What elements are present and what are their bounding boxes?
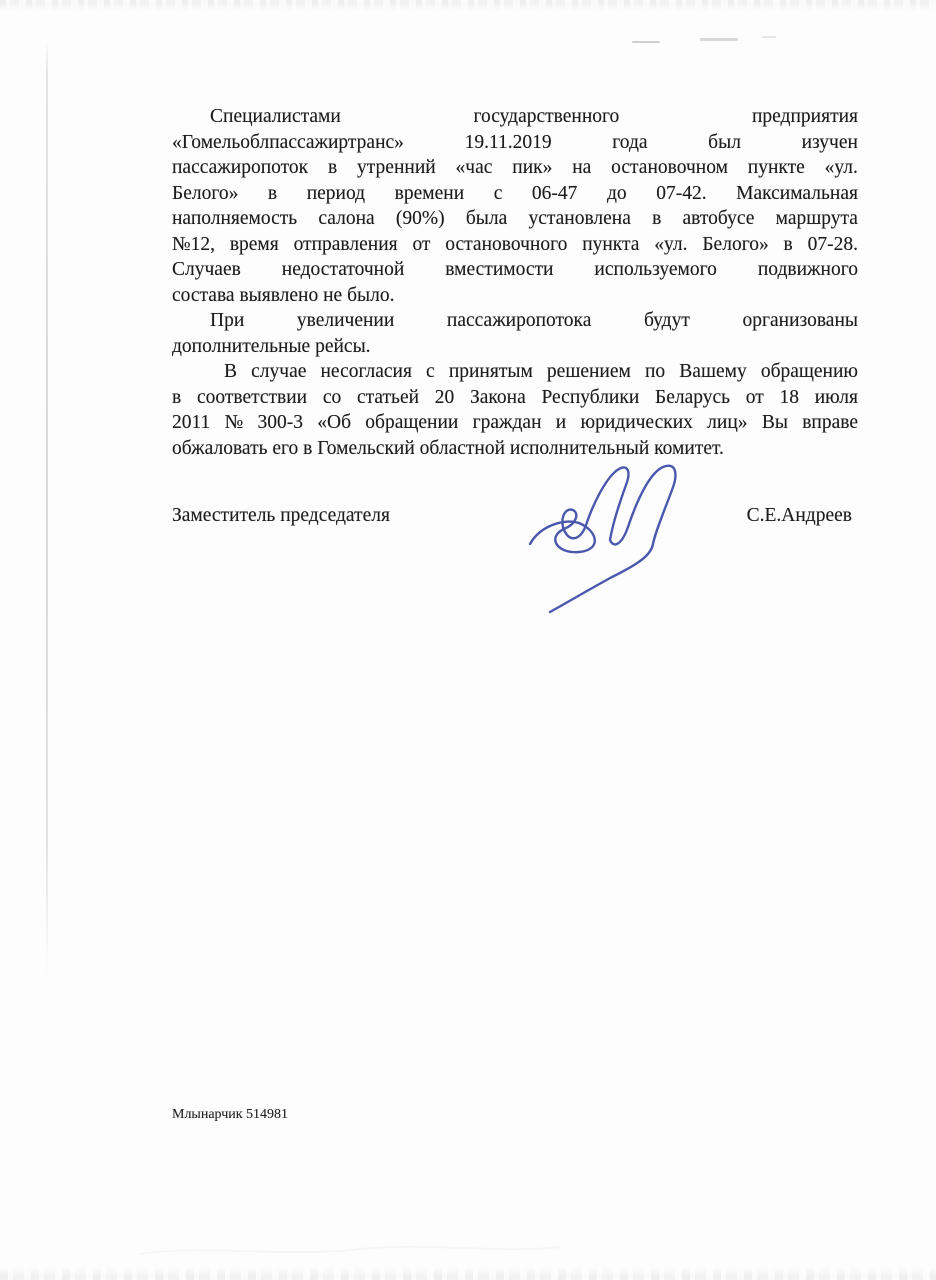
doc-line: Случаевнедостаточнойвместимостииспользуе… [172,257,858,283]
scanned-letter-page: Специалистамигосударственногопредприятия… [0,0,936,1280]
doc-line: Специалистамигосударственногопредприятия [172,104,858,130]
doc-line: обжаловать его в Гомельский областной ис… [172,436,858,462]
paragraph-extra-trips: Приувеличениипассажиропотокабудуторганиз… [172,308,858,359]
pencil-mark [632,41,660,43]
signer-position-title: Заместитель председателя [172,503,390,529]
doc-line: 2011№300-3«Обобращениигражданиюридически… [172,410,858,436]
pencil-mark [700,38,738,41]
letter-body: Специалистамигосударственногопредприятия… [172,104,858,461]
doc-line: всоответствиисостатьей20ЗаконаРеспублики… [172,385,858,411]
doc-line: пассажиропотоквутренний«часпик»наостанов… [172,155,858,181]
doc-line: дополнительные рейсы. [172,334,858,360]
doc-line: Приувеличениипассажиропотокабудуторганиз… [172,308,858,334]
scan-fold-line-left [46,38,48,978]
doc-line: Белого»впериодвременис06-47до07-42.Макси… [172,181,858,207]
scan-smudge [140,1238,560,1264]
handwritten-signature-ink [516,462,726,617]
doc-line: наполняемостьсалона(90%)былаустановленав… [172,206,858,232]
scan-edge-artifact-bottom [0,1267,936,1280]
signature-block: Заместитель председателя С.Е.Андреев [172,503,858,529]
paragraph-survey: Специалистамигосударственногопредприятия… [172,104,858,308]
doc-line: «Гомельоблпассажиртранс»19.11.2019годабы… [172,130,858,156]
paragraph-appeal-rights: ВслучаенесогласияспринятымрешениемпоВаше… [172,359,858,461]
signer-name: С.Е.Андреев [747,503,858,529]
scan-edge-artifact-top [0,0,936,11]
executor-reference: Млынарчик 514981 [172,1106,288,1124]
doc-line: ВслучаенесогласияспринятымрешениемпоВаше… [172,359,858,385]
doc-line: состава выявлено не было. [172,283,858,309]
pencil-mark [762,36,776,38]
doc-line: №12,времяотправленияотостановочногопункт… [172,232,858,258]
